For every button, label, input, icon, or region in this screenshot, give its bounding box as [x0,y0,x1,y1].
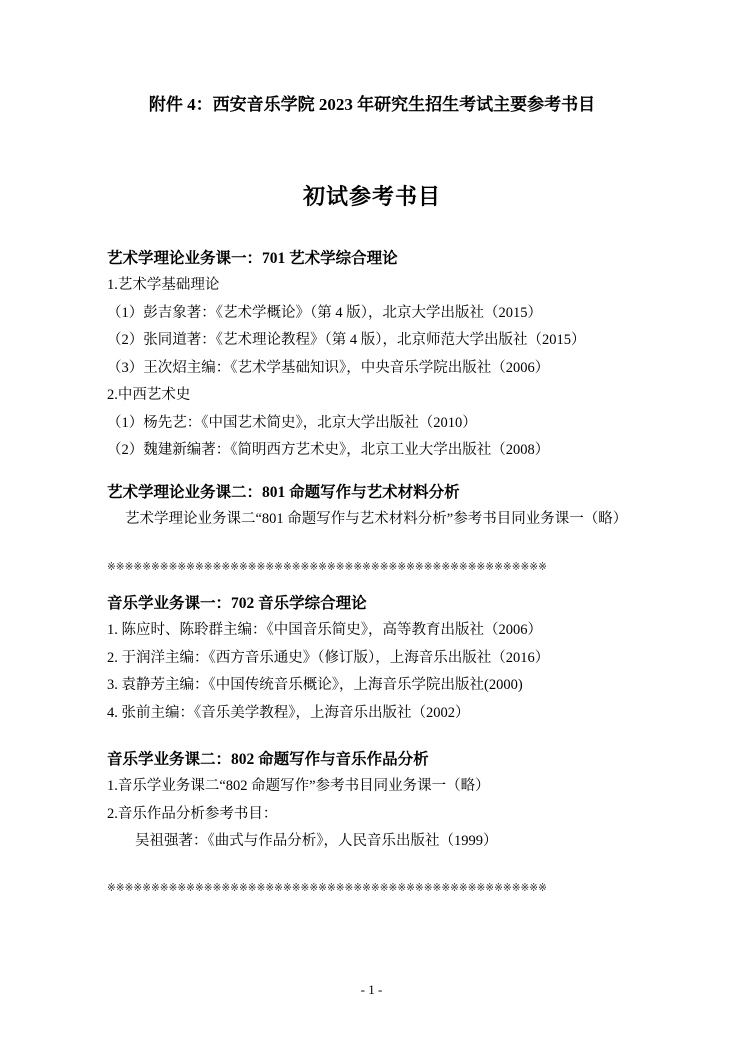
page-content: 附件 4：西安音乐学院 2023 年研究生招生考试主要参考书目 初试参考书目 艺… [0,0,743,897]
document-page: 附件 4：西安音乐学院 2023 年研究生招生考试主要参考书目 初试参考书目 艺… [0,0,743,1060]
book-line: （2）魏建新编著：《简明西方艺术史》，北京工业大学出版社（2008） [107,437,637,465]
book-line: 2. 于润洋主编：《西方音乐通史》（修订版），上海音乐出版社（2016） [107,645,637,673]
book-list: 1.音乐学业务课二“802 命题写作”参考书目同业务课一（略） 2.音乐作品分析… [107,773,637,856]
book-line: （1）杨先艺：《中国艺术简史》，北京大学出版社（2010） [107,410,637,438]
book-list: 艺术学理论业务课二“801 命题写作与艺术材料分析”参考书目同业务课一（略） [107,506,637,534]
section-heading: 音乐学业务课二：802 命题写作与音乐作品分析 [107,749,637,770]
attachment-title: 附件 4：西安音乐学院 2023 年研究生招生考试主要参考书目 [107,0,637,117]
list-subheading: 1.艺术学基础理论 [107,272,637,300]
section-musicology-course2: 音乐学业务课二：802 命题写作与音乐作品分析 1.音乐学业务课二“802 命题… [107,749,637,856]
book-line: （1）彭吉象著：《艺术学概论》（第 4 版），北京大学出版社（2015） [107,300,637,328]
page-number: - 1 - [0,981,743,999]
section-heading: 艺术学理论业务课一：701 艺术学综合理论 [107,248,637,269]
list-subheading: 2.中西艺术史 [107,382,637,410]
book-line: 1. 陈应时、陈聆群主编：《中国音乐简史》，高等教育出版社（2006） [107,617,637,645]
section-musicology-course1: 音乐学业务课一：702 音乐学综合理论 1. 陈应时、陈聆群主编：《中国音乐简史… [107,593,637,727]
book-line: 4. 张前主编：《音乐美学教程》，上海音乐出版社（2002） [107,700,637,728]
section-heading: 音乐学业务课一：702 音乐学综合理论 [107,593,637,614]
book-line: （3）王次炤主编：《艺术学基础知识》，中央音乐学院出版社（2006） [107,355,637,383]
note-line: 艺术学理论业务课二“801 命题写作与艺术材料分析”参考书目同业务课一（略） [107,506,637,534]
book-list: 1. 陈应时、陈聆群主编：《中国音乐简史》，高等教育出版社（2006） 2. 于… [107,617,637,727]
section-art-theory-course2: 艺术学理论业务课二：801 命题写作与艺术材料分析 艺术学理论业务课二“801 … [107,482,637,534]
section-heading: 艺术学理论业务课二：801 命题写作与艺术材料分析 [107,482,637,503]
main-heading: 初试参考书目 [107,182,637,212]
book-line: （2）张同道著：《艺术理论教程》（第 4 版），北京师范大学出版社（2015） [107,327,637,355]
section-divider: ※※※※※※※※※※※※※※※※※※※※※※※※※※※※※※※※※※※※※※※※… [107,881,637,897]
book-list: 1.艺术学基础理论 （1）彭吉象著：《艺术学概论》（第 4 版），北京大学出版社… [107,272,637,465]
book-line: 3. 袁静芳主编：《中国传统音乐概论》，上海音乐学院出版社(2000) [107,672,637,700]
book-line: 吴祖强著：《曲式与作品分析》，人民音乐出版社（1999） [107,828,637,856]
section-divider: ※※※※※※※※※※※※※※※※※※※※※※※※※※※※※※※※※※※※※※※※… [107,560,637,576]
list-subheading: 2.音乐作品分析参考书目： [107,801,637,829]
note-line: 1.音乐学业务课二“802 命题写作”参考书目同业务课一（略） [107,773,637,801]
section-art-theory-course1: 艺术学理论业务课一：701 艺术学综合理论 1.艺术学基础理论 （1）彭吉象著：… [107,248,637,465]
